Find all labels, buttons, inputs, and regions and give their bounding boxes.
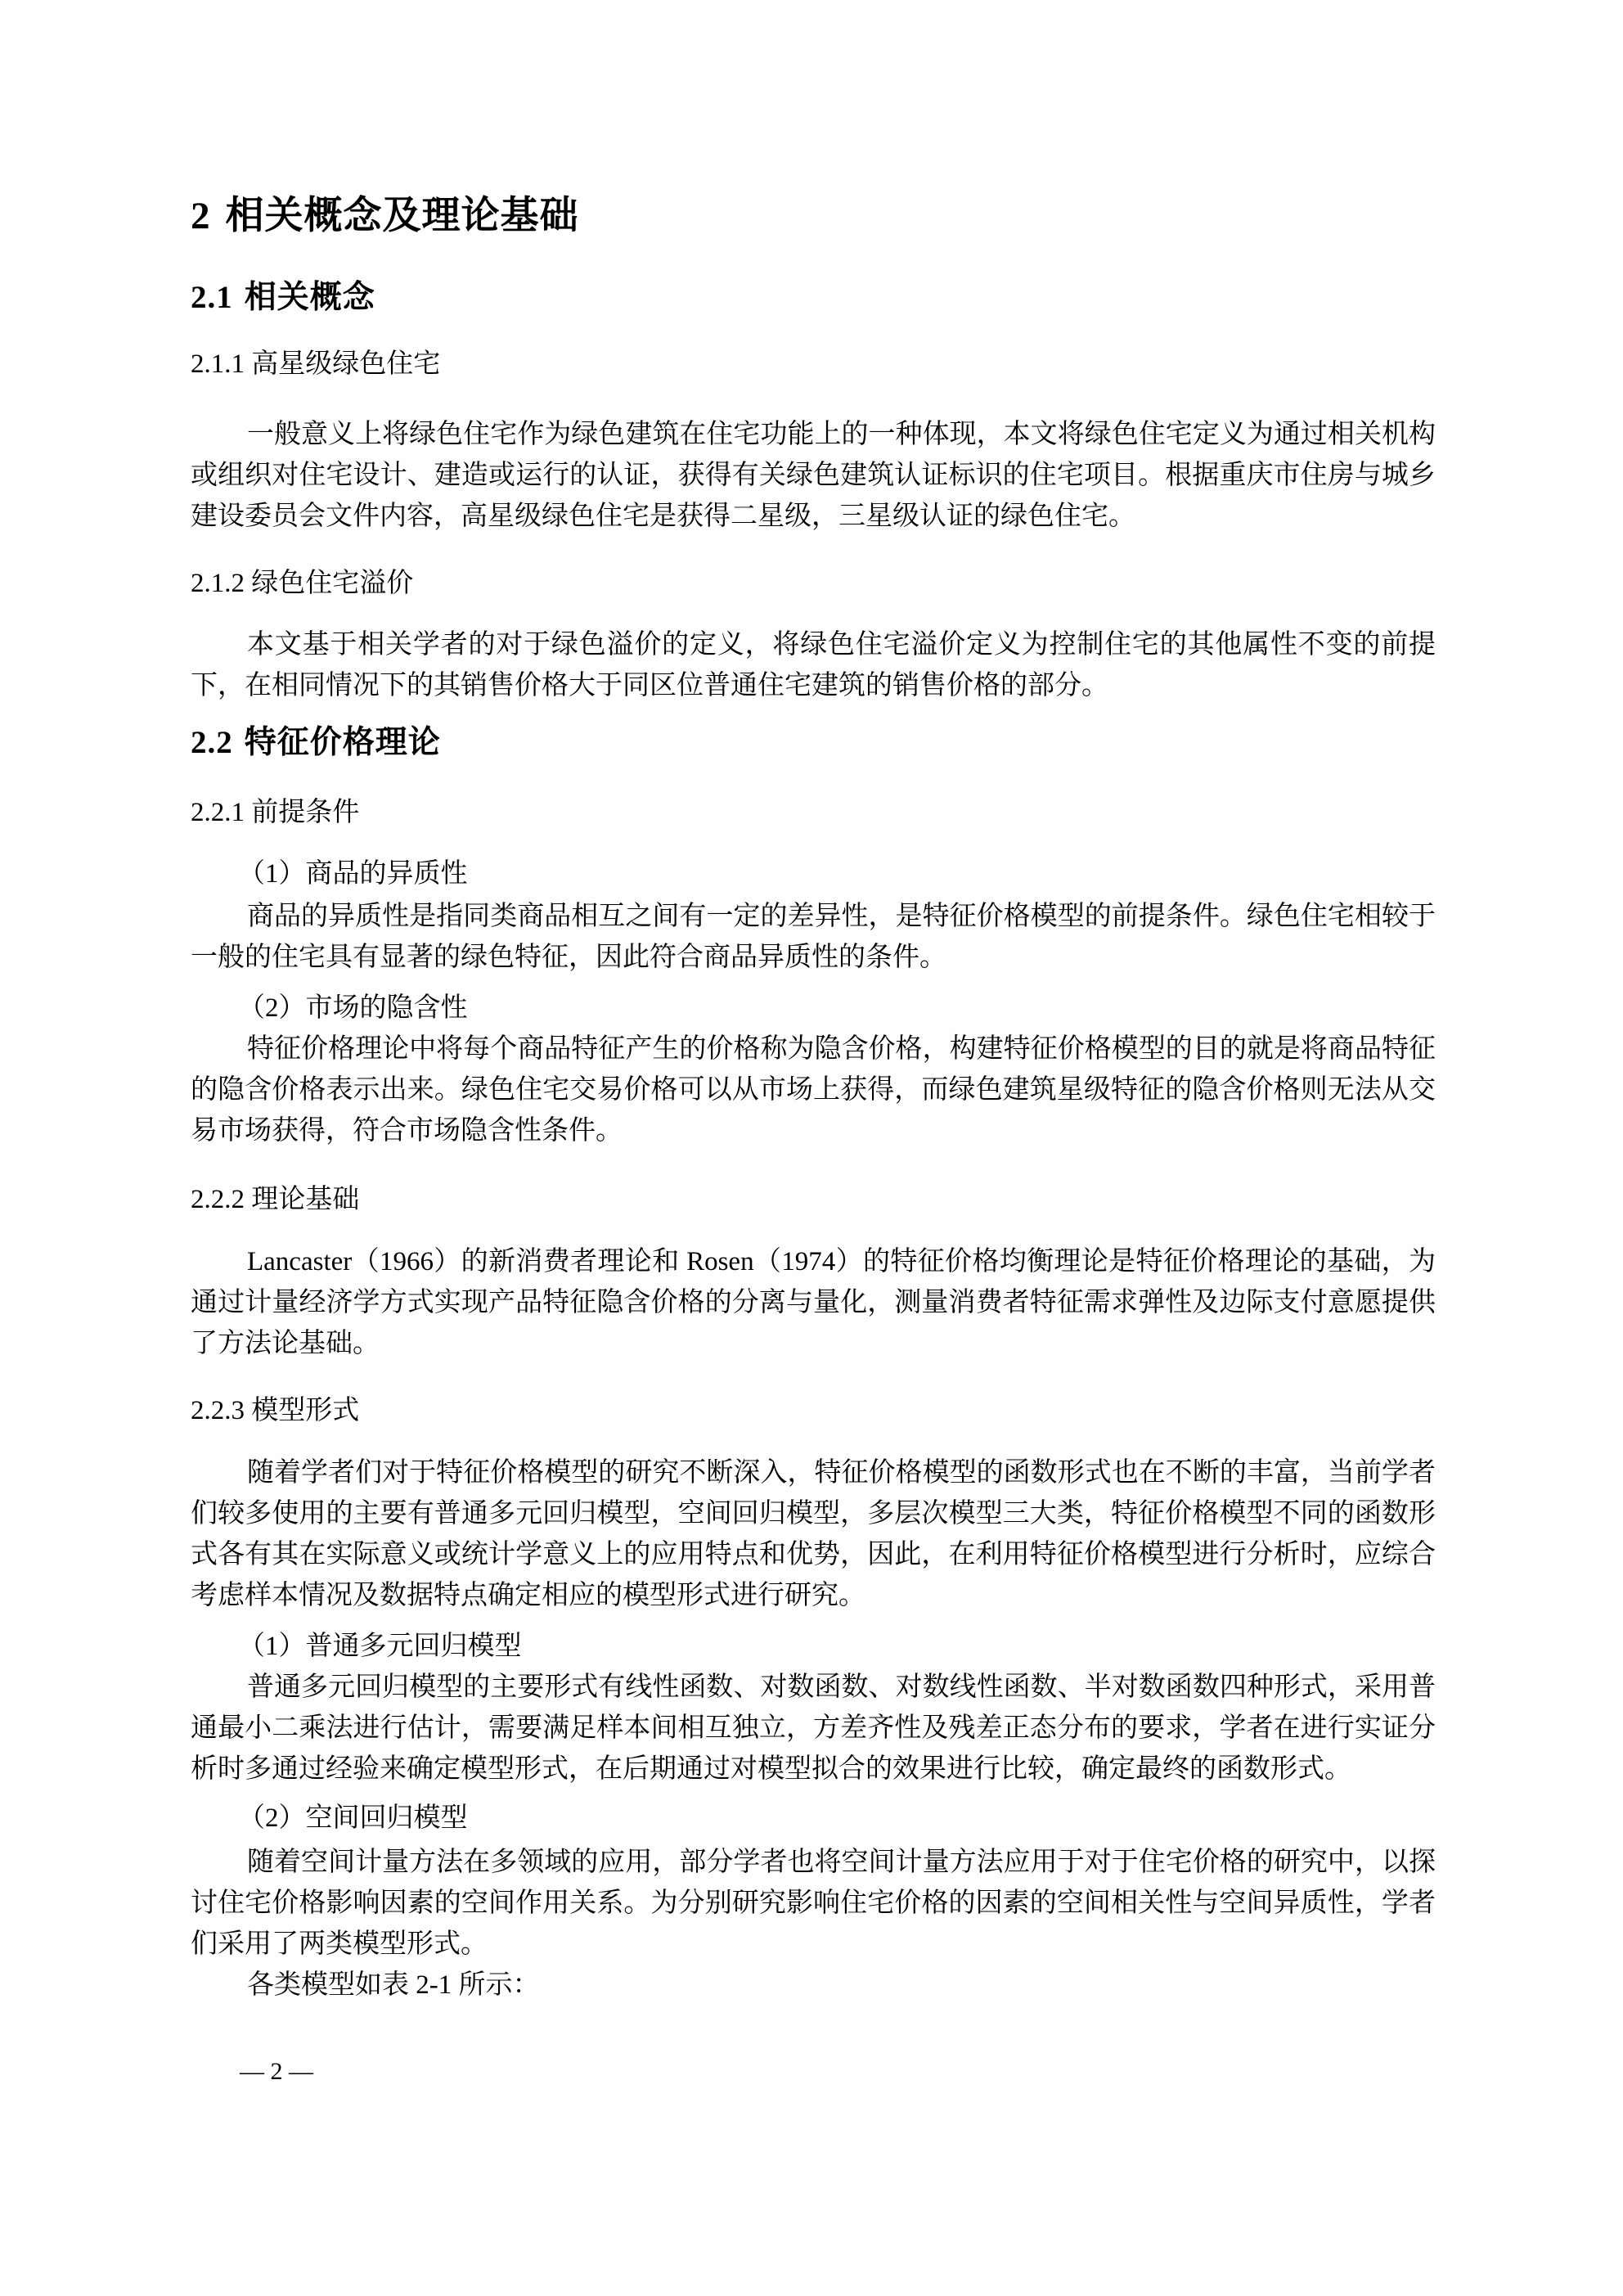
section-2-1-number: 2.1 [191,280,233,315]
paragraph-green-housing-definition: 一般意义上将绿色住宅作为绿色建筑在住宅功能上的一种体现，本文将绿色住宅定义为通过… [191,414,1436,537]
paragraph-model-forms-overview: 随着学者们对于特征价格模型的研究不断深入，特征价格模型的函数形式也在不断的丰富，… [191,1452,1436,1616]
paragraph-ordinary-regression-model: 普通多元回归模型的主要形式有线性函数、对数函数、对数线性函数、半对数函数四种形式… [191,1667,1436,1790]
paragraph-theoretical-basis: Lancaster（1966）的新消费者理论和 Rosen（1974）的特征价格… [191,1241,1436,1364]
chapter-number: 2 [191,195,211,237]
section-2-1-title: 相关概念 [245,280,375,315]
list-item-commodity-heterogeneity: （1）商品的异质性 [191,853,1436,894]
section-2-2-title: 特征价格理论 [245,725,441,760]
subsection-heading-2-1-1: 2.1.1 高星级绿色住宅 [191,345,1436,383]
paragraph-table-reference: 各类模型如表 2-1 所示： [191,1965,1436,2006]
section-heading-2-1: 2.1相关概念 [191,278,1436,317]
subsection-heading-2-2-3: 2.2.3 模型形式 [191,1392,1436,1429]
paragraph-market-implicitness: 特征价格理论中将每个商品特征产生的价格称为隐含价格，构建特征价格模型的目的就是将… [191,1029,1436,1151]
list-item-ordinary-regression-model: （1）普通多元回归模型 [191,1626,1436,1667]
subsection-heading-2-1-2: 2.1.2 绿色住宅溢价 [191,565,1436,602]
chapter-title: 相关概念及理论基础 [226,193,579,236]
paragraph-green-premium-definition: 本文基于相关学者的对于绿色溢价的定义，将绿色住宅溢价定义为控制住宅的其他属性不变… [191,624,1436,706]
chapter-heading: 2相关概念及理论基础 [191,193,1436,238]
document-page: 2相关概念及理论基础 2.1相关概念 2.1.1 高星级绿色住宅 一般意义上将绿… [0,0,1623,2296]
subsection-heading-2-2-1: 2.2.1 前提条件 [191,794,1436,831]
page-footer: — 2 — [191,2051,1436,2092]
section-heading-2-2: 2.2特征价格理论 [191,723,1436,763]
section-2-2-number: 2.2 [191,725,233,760]
paragraph-spatial-regression-model: 随着空间计量方法在多领域的应用，部分学者也将空间计量方法应用于对于住宅价格的研究… [191,1842,1436,1965]
paragraph-commodity-heterogeneity: 商品的异质性是指同类商品相互之间有一定的差异性，是特征价格模型的前提条件。绿色住… [191,896,1436,978]
list-item-spatial-regression-model: （2）空间回归模型 [191,1798,1436,1839]
page-number: — 2 — [240,2058,313,2085]
subsection-heading-2-2-2: 2.2.2 理论基础 [191,1181,1436,1218]
list-item-market-implicitness: （2）市场的隐含性 [191,988,1436,1029]
